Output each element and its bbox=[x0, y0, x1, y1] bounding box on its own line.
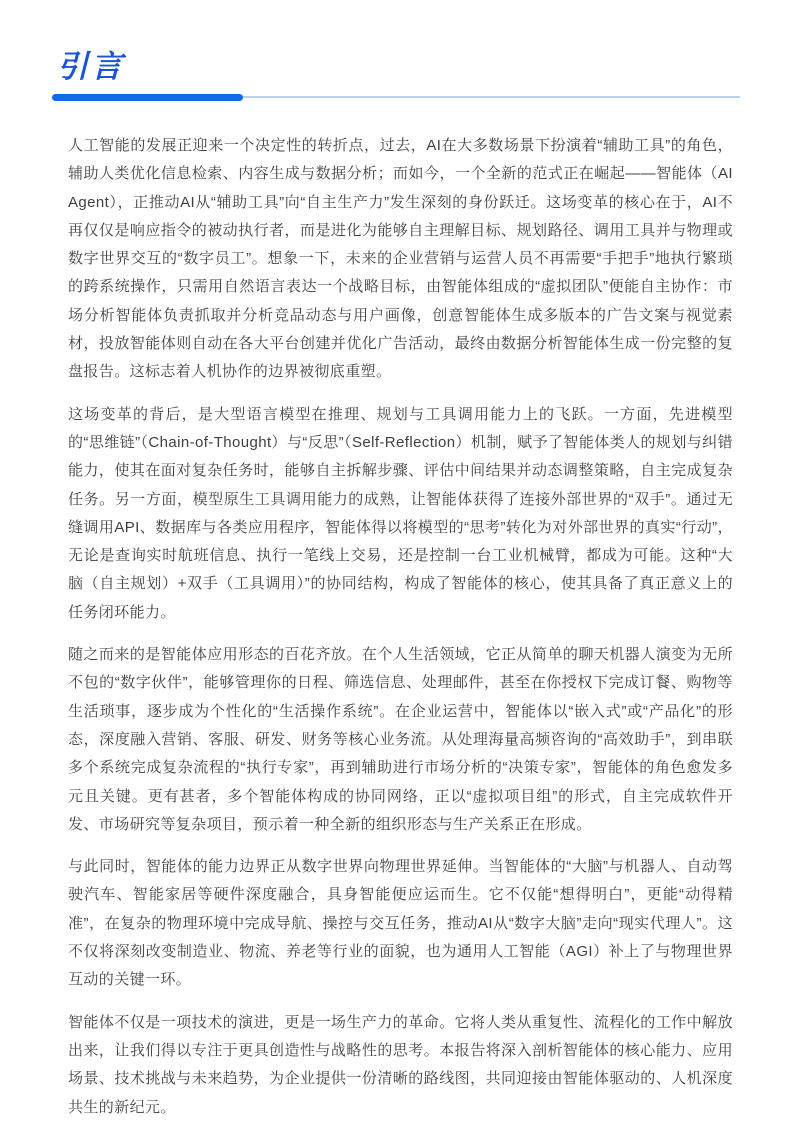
title-underline bbox=[52, 93, 740, 101]
body-text: 人工智能的发展正迎来一个决定性的转折点，过去，AI在大多数场景下扮演着“辅助工具… bbox=[68, 132, 733, 1122]
paragraph-1: 人工智能的发展正迎来一个决定性的转折点，过去，AI在大多数场景下扮演着“辅助工具… bbox=[68, 132, 733, 387]
page-title: 引言 bbox=[57, 50, 740, 84]
section-header: 引言 bbox=[52, 0, 740, 101]
paragraph-4: 与此同时，智能体的能力边界正从数字世界向物理世界延伸。当智能体的“大脑”与机器人… bbox=[68, 853, 733, 994]
paragraph-3: 随之而来的是智能体应用形态的百花齐放。在个人生活领域，它正从简单的聊天机器人演变… bbox=[68, 641, 733, 839]
paragraph-2: 这场变革的背后，是大型语言模型在推理、规划与工具调用能力上的飞跃。一方面，先进模… bbox=[68, 401, 733, 627]
document-page: 引言 人工智能的发展正迎来一个决定性的转折点，过去，AI在大多数场景下扮演着“辅… bbox=[0, 0, 793, 1122]
title-underline-thin-line bbox=[243, 96, 740, 98]
paragraph-5: 智能体不仅是一项技术的演进，更是一场生产力的革命。它将人类从重复性、流程化的工作… bbox=[68, 1009, 733, 1122]
title-underline-thick-bar bbox=[52, 94, 243, 101]
